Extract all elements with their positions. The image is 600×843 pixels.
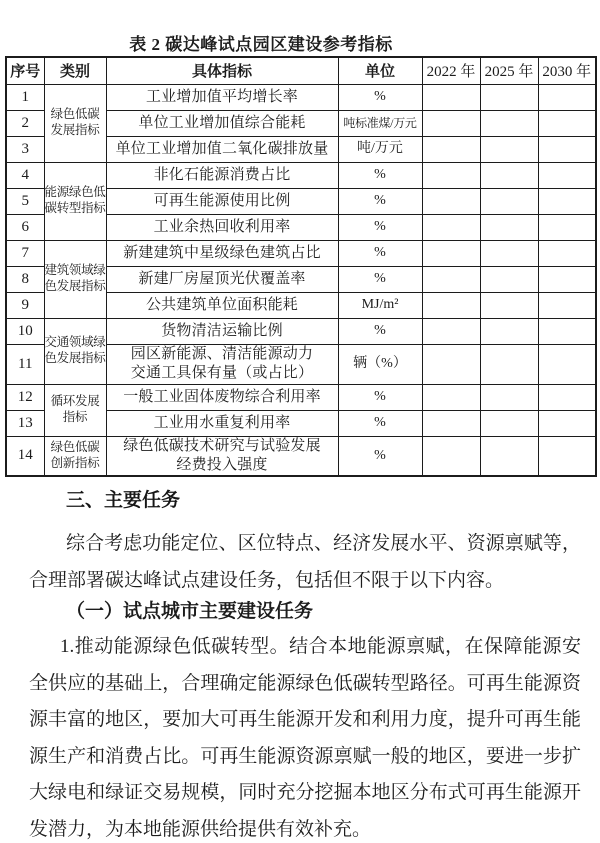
text-line: 大绿电和绿证交易规模，同时充分挖掘本地区分布式可再生能源开	[29, 775, 581, 812]
table-row: 4能源绿色低 碳转型指标非化石能源消费占比%	[6, 162, 596, 188]
year-value-cell	[422, 344, 480, 384]
year-value-cell	[422, 318, 480, 344]
serial-cell: 1	[6, 84, 44, 110]
year-value-cell	[422, 110, 480, 136]
year-value-cell	[538, 162, 596, 188]
unit-cell: %	[338, 436, 422, 476]
year-value-cell	[422, 292, 480, 318]
unit-cell: %	[338, 410, 422, 436]
year-value-cell	[422, 436, 480, 476]
indicator-cell: 一般工业固体废物综合利用率	[106, 384, 338, 410]
year-value-cell	[538, 292, 596, 318]
indicator-cell: 园区新能源、清洁能源动力 交通工具保有量（或占比）	[106, 344, 338, 384]
header-year-2025: 2025 年	[480, 57, 538, 84]
year-value-cell	[480, 110, 538, 136]
category-cell: 绿色低碳 创新指标	[44, 436, 106, 476]
category-cell: 交通领域绿 色发展指标	[44, 318, 106, 384]
year-value-cell	[538, 410, 596, 436]
year-value-cell	[538, 384, 596, 410]
header-year-2030: 2030 年	[538, 57, 596, 84]
year-value-cell	[480, 188, 538, 214]
task1-paragraph: 1.推动能源绿色低碳转型。结合本地能源禀赋，在保障能源安全供应的基础上，合理确定…	[29, 629, 581, 843]
serial-cell: 14	[6, 436, 44, 476]
table-caption: 表 2 碳达峰试点园区建设参考指标	[0, 30, 522, 55]
header-category: 类别	[44, 57, 106, 84]
category-cell: 绿色低碳 发展指标	[44, 84, 106, 162]
unit-cell: 辆（%）	[338, 344, 422, 384]
year-value-cell	[480, 240, 538, 266]
year-value-cell	[422, 84, 480, 110]
unit-cell: %	[338, 214, 422, 240]
year-value-cell	[422, 188, 480, 214]
unit-cell: %	[338, 318, 422, 344]
year-value-cell	[480, 292, 538, 318]
category-cell: 能源绿色低 碳转型指标	[44, 162, 106, 240]
serial-cell: 7	[6, 240, 44, 266]
unit-cell: %	[338, 84, 422, 110]
category-cell: 循环发展 指标	[44, 384, 106, 436]
year-value-cell	[538, 110, 596, 136]
header-year-2022: 2022 年	[422, 57, 480, 84]
year-value-cell	[480, 410, 538, 436]
year-value-cell	[480, 84, 538, 110]
indicator-cell: 工业余热回收利用率	[106, 214, 338, 240]
year-value-cell	[480, 162, 538, 188]
table-row: 7建筑领域绿 色发展指标新建建筑中星级绿色建筑占比%	[6, 240, 596, 266]
serial-cell: 2	[6, 110, 44, 136]
unit-cell: 吨/万元	[338, 136, 422, 162]
year-value-cell	[480, 136, 538, 162]
year-value-cell	[422, 214, 480, 240]
year-value-cell	[538, 344, 596, 384]
year-value-cell	[422, 136, 480, 162]
indicator-cell: 货物清洁运输比例	[106, 318, 338, 344]
indicator-cell: 单位工业增加值二氧化碳排放量	[106, 136, 338, 162]
year-value-cell	[422, 266, 480, 292]
indicator-cell: 可再生能源使用比例	[106, 188, 338, 214]
serial-cell: 10	[6, 318, 44, 344]
text-line: 全供应的基础上，合理确定能源绿色低碳转型路径。可再生能源资	[29, 666, 581, 703]
subsection-heading: （一）试点城市主要建设任务	[29, 599, 581, 625]
unit-cell: %	[338, 266, 422, 292]
category-cell: 建筑领域绿 色发展指标	[44, 240, 106, 318]
serial-cell: 9	[6, 292, 44, 318]
year-value-cell	[538, 318, 596, 344]
unit-cell: %	[338, 384, 422, 410]
indicators-table-body: 1绿色低碳 发展指标工业增加值平均增长率%2单位工业增加值综合能耗吨标准煤/万元…	[6, 84, 596, 476]
year-value-cell	[538, 214, 596, 240]
serial-cell: 4	[6, 162, 44, 188]
indicator-cell: 公共建筑单位面积能耗	[106, 292, 338, 318]
unit-cell: %	[338, 188, 422, 214]
text-line: 源生产和消费占比。可再生能源资源禀赋一般的地区，要进一步扩	[29, 739, 581, 776]
document-page: 表 2 碳达峰试点园区建设参考指标 序号 类别 具体指标 单位 2022 年 2…	[0, 0, 600, 843]
serial-cell: 11	[6, 344, 44, 384]
year-value-cell	[480, 344, 538, 384]
serial-cell: 12	[6, 384, 44, 410]
header-serial: 序号	[6, 57, 44, 84]
table-row: 1绿色低碳 发展指标工业增加值平均增长率%	[6, 84, 596, 110]
year-value-cell	[422, 162, 480, 188]
text-line: 源丰富的地区，要加大可再生能源开发和利用力度，提升可再生能	[29, 702, 581, 739]
indicator-cell: 新建厂房屋顶光伏覆盖率	[106, 266, 338, 292]
text-line: 1.推动能源绿色低碳转型。结合本地能源禀赋，在保障能源安	[29, 629, 581, 666]
year-value-cell	[538, 188, 596, 214]
indicator-cell: 非化石能源消费占比	[106, 162, 338, 188]
serial-cell: 5	[6, 188, 44, 214]
header-indicator: 具体指标	[106, 57, 338, 84]
unit-cell: MJ/m²	[338, 292, 422, 318]
text-line: 合理部署碳达峰试点建设任务，包括但不限于以下内容。	[29, 563, 581, 600]
indicator-cell: 单位工业增加值综合能耗	[106, 110, 338, 136]
year-value-cell	[538, 240, 596, 266]
text-line: 发潜力，为本地能源供给提供有效补充。	[29, 812, 581, 843]
serial-cell: 8	[6, 266, 44, 292]
unit-cell: %	[338, 162, 422, 188]
indicator-cell: 新建建筑中星级绿色建筑占比	[106, 240, 338, 266]
year-value-cell	[480, 214, 538, 240]
section-heading: 三、主要任务	[29, 489, 581, 513]
table-row: 14绿色低碳 创新指标绿色低碳技术研究与试验发展 经费投入强度%	[6, 436, 596, 476]
indicator-cell: 绿色低碳技术研究与试验发展 经费投入强度	[106, 436, 338, 476]
year-value-cell	[538, 84, 596, 110]
intro-paragraph: 综合考虑功能定位、区位特点、经济发展水平、资源禀赋等，合理部署碳达峰试点建设任务…	[29, 526, 581, 599]
year-value-cell	[480, 384, 538, 410]
header-unit: 单位	[338, 57, 422, 84]
main-tasks-section: 三、主要任务 综合考虑功能定位、区位特点、经济发展水平、资源禀赋等，合理部署碳达…	[29, 489, 581, 843]
year-value-cell	[538, 266, 596, 292]
text-line: 综合考虑功能定位、区位特点、经济发展水平、资源禀赋等，	[29, 526, 581, 563]
table-header-row: 序号 类别 具体指标 单位 2022 年 2025 年 2030 年	[6, 57, 596, 84]
unit-cell: %	[338, 240, 422, 266]
year-value-cell	[422, 240, 480, 266]
table-header: 序号 类别 具体指标 单位 2022 年 2025 年 2030 年	[6, 57, 596, 84]
table-row: 10交通领域绿 色发展指标货物清洁运输比例%	[6, 318, 596, 344]
year-value-cell	[480, 266, 538, 292]
indicators-table: 序号 类别 具体指标 单位 2022 年 2025 年 2030 年 1绿色低碳…	[5, 56, 597, 477]
table-row: 12循环发展 指标一般工业固体废物综合利用率%	[6, 384, 596, 410]
year-value-cell	[538, 436, 596, 476]
serial-cell: 6	[6, 214, 44, 240]
indicator-cell: 工业增加值平均增长率	[106, 84, 338, 110]
unit-cell: 吨标准煤/万元	[338, 110, 422, 136]
year-value-cell	[538, 136, 596, 162]
year-value-cell	[422, 410, 480, 436]
indicator-cell: 工业用水重复利用率	[106, 410, 338, 436]
serial-cell: 3	[6, 136, 44, 162]
year-value-cell	[480, 318, 538, 344]
serial-cell: 13	[6, 410, 44, 436]
year-value-cell	[480, 436, 538, 476]
year-value-cell	[422, 384, 480, 410]
